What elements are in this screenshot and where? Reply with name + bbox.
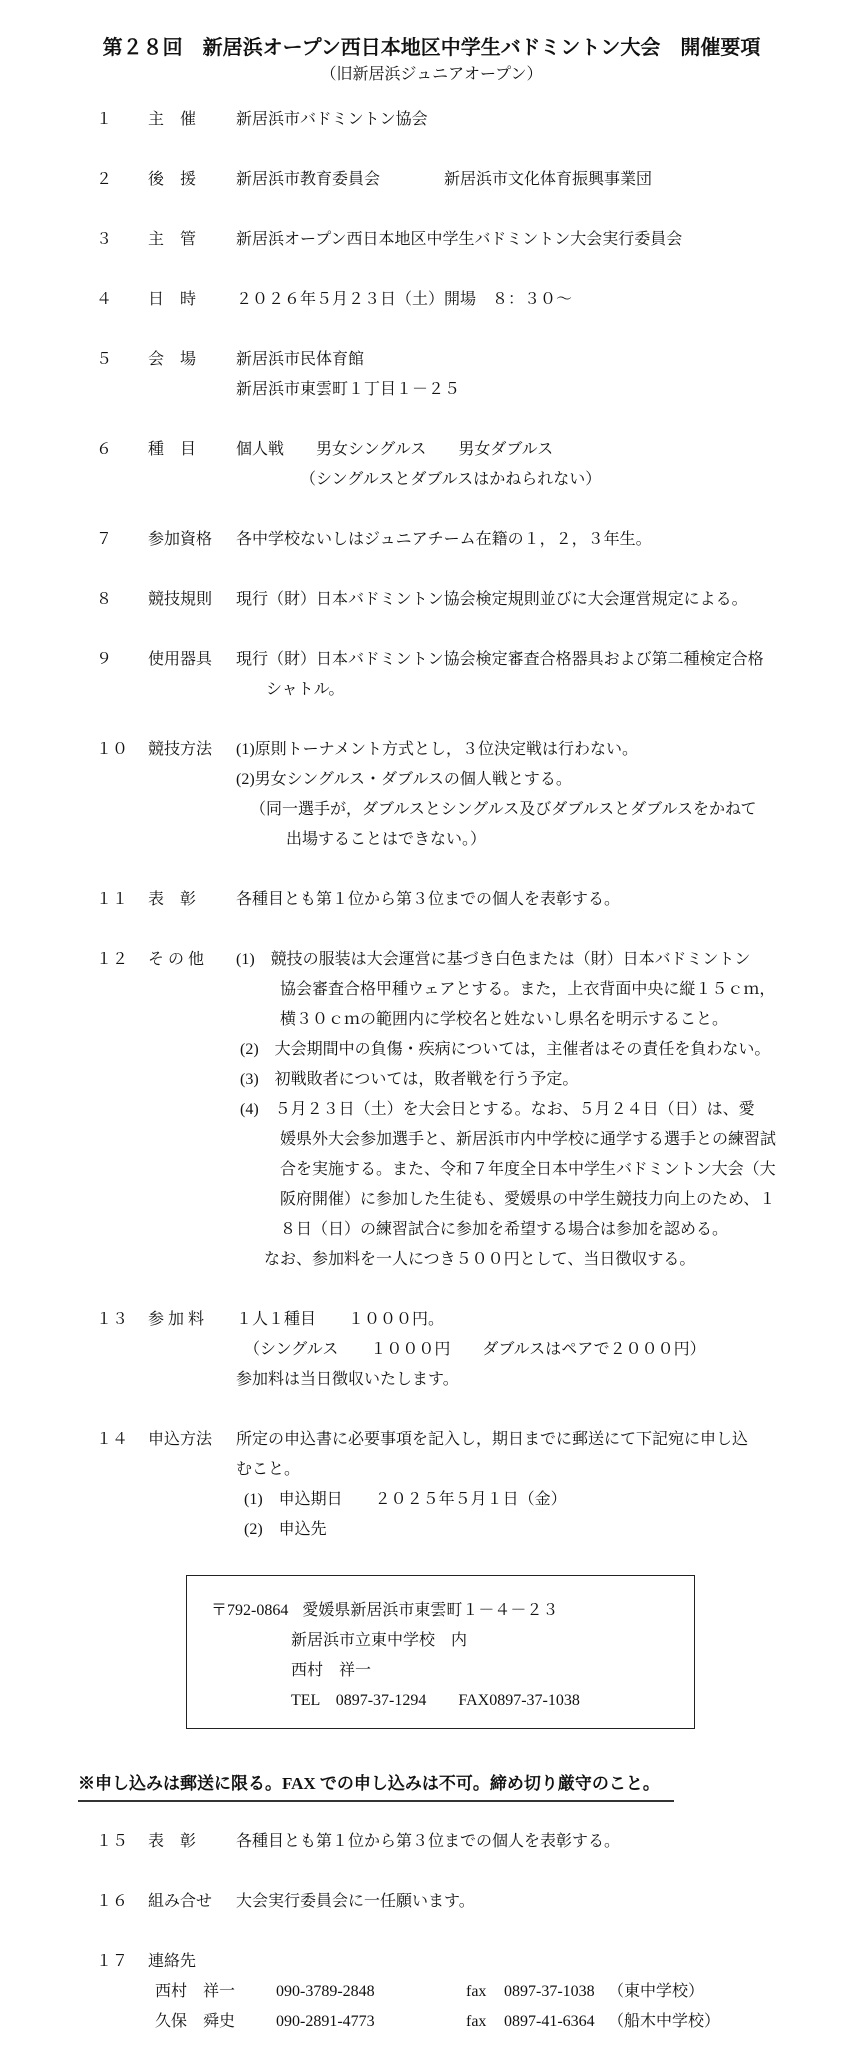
item-head-line: ２後 援新居浜市教育委員会 新居浜市文化体育振興事業団 bbox=[96, 165, 863, 195]
item-content-line: 個人戦 男女シングルス 男女ダブルス bbox=[236, 435, 553, 465]
contact-row: 久保 舜史090-2891-4773fax0897-41-6364（船木中学校） bbox=[155, 2007, 863, 2037]
item-number: １４ bbox=[96, 1425, 148, 1455]
item-content-line: 各種目とも第１位から第３位までの個人を表彰する。 bbox=[236, 1827, 620, 1857]
document-body: １主 催新居浜市バドミントン協会２後 援新居浜市教育委員会 新居浜市文化体育振興… bbox=[96, 105, 863, 2037]
item-label: 表 彰 bbox=[148, 1827, 236, 1857]
item-number: ４ bbox=[96, 285, 148, 315]
item-label: 日 時 bbox=[148, 285, 236, 315]
item-content-line: （シングルス １０００円 ダブルスはペアで２０００円） bbox=[96, 1335, 863, 1365]
item-content-line: 各種目とも第１位から第３位までの個人を表彰する。 bbox=[236, 885, 620, 915]
box-address-row: 〒792-0864愛媛県新居浜市東雲町１－４－２３ bbox=[187, 1596, 694, 1626]
item-content-line: 新居浜市東雲町１丁目１－２５ bbox=[96, 375, 863, 405]
item-number: ６ bbox=[96, 435, 148, 465]
item-content-line: (1)原則トーナメント方式とし，３位決定戦は行わない。 bbox=[236, 735, 638, 765]
box-tel-fax-line: TEL 0897-37-1294 FAX0897-37-1038 bbox=[187, 1686, 694, 1716]
doc-item: ２後 援新居浜市教育委員会 新居浜市文化体育振興事業団 bbox=[96, 165, 863, 195]
page-title: 第２８回 新居浜オープン西日本地区中学生バドミントン大会 開催要項 bbox=[0, 34, 863, 62]
doc-item: １２そ の 他(1) 競技の服装は大会運営に基づき白色または（財）日本バドミント… bbox=[96, 945, 863, 1275]
doc-item: １０競技方法(1)原則トーナメント方式とし，３位決定戦は行わない。(2)男女シン… bbox=[96, 735, 863, 855]
doc-item: ５会 場新居浜市民体育館新居浜市東雲町１丁目１－２５ bbox=[96, 345, 863, 405]
items-section-1-14: １主 催新居浜市バドミントン協会２後 援新居浜市教育委員会 新居浜市文化体育振興… bbox=[96, 105, 863, 1545]
item-number: １０ bbox=[96, 735, 148, 765]
page-subtitle: （旧新居浜ジュニアオープン） bbox=[0, 62, 863, 88]
item-content-line: 大会実行委員会に一任願います。 bbox=[236, 1887, 475, 1917]
item-head-line: ４日 時２０２６年５月２３日（土）開場 ８：３０～ bbox=[96, 285, 863, 315]
item-content-line: (3) 初戦敗者については，敗者戦を行う予定。 bbox=[96, 1065, 863, 1095]
item-content-line: 現行（財）日本バドミントン協会検定規則並びに大会運営規定による。 bbox=[236, 585, 748, 615]
item-number: ３ bbox=[96, 225, 148, 255]
item-head-line: ３主 管新居浜オープン西日本地区中学生バドミントン大会実行委員会 bbox=[96, 225, 863, 255]
item-label: 競技規則 bbox=[148, 585, 236, 615]
item-head-line: ８競技規則現行（財）日本バドミントン協会検定規則並びに大会運営規定による。 bbox=[96, 585, 863, 615]
doc-item: １１表 彰各種目とも第１位から第３位までの個人を表彰する。 bbox=[96, 885, 863, 915]
item-head-line: １６組み合せ大会実行委員会に一任願います。 bbox=[96, 1887, 863, 1917]
item-content-line: むこと。 bbox=[96, 1455, 863, 1485]
doc-item: ８競技規則現行（財）日本バドミントン協会検定規則並びに大会運営規定による。 bbox=[96, 585, 863, 615]
box-address-line: 愛媛県新居浜市東雲町１－４－２３ bbox=[302, 1602, 558, 1619]
contact-school: （東中学校） bbox=[608, 1977, 704, 2007]
item-label: 使用器具 bbox=[148, 645, 236, 675]
item-number: １２ bbox=[96, 945, 148, 975]
item-head-line: ７参加資格各中学校ないしはジュニアチーム在籍の１，２，３年生。 bbox=[96, 525, 863, 555]
mail-only-notice: ※申し込みは郵送に限る。FAX での申し込みは不可。締め切り厳守のこと。 bbox=[78, 1769, 863, 1802]
item-label: 主 催 bbox=[148, 105, 236, 135]
items-section-15-17: １５表 彰各種目とも第１位から第３位までの個人を表彰する。１６組み合せ大会実行委… bbox=[96, 1827, 863, 1977]
item-number: １７ bbox=[96, 1947, 148, 1977]
item-content-line: ８日（日）の練習試合に参加を希望する場合は参加を認める。 bbox=[96, 1215, 863, 1245]
item-content-line: １人１種目 １０００円。 bbox=[236, 1305, 444, 1335]
item-content-line: (2)男女シングルス・ダブルスの個人戦とする。 bbox=[96, 765, 863, 795]
item-content-line: 媛県外大会参加選手と、新居浜市内中学校に通学する選手との練習試 bbox=[96, 1125, 863, 1155]
item-content-line: 新居浜市民体育館 bbox=[236, 345, 364, 375]
item-number: ８ bbox=[96, 585, 148, 615]
contact-fax-number: 0897-41-6364 bbox=[504, 2007, 608, 2037]
application-address-box: 〒792-0864愛媛県新居浜市東雲町１－４－２３ 新居浜市立東中学校 内 西村… bbox=[186, 1575, 695, 1729]
item-head-line: １３参 加 料１人１種目 １０００円。 bbox=[96, 1305, 863, 1335]
contact-fax-label: fax bbox=[466, 2007, 504, 2037]
item-head-line: １７連絡先 bbox=[96, 1947, 863, 1977]
doc-item: １７連絡先 bbox=[96, 1947, 863, 1977]
item-head-line: １５表 彰各種目とも第１位から第３位までの個人を表彰する。 bbox=[96, 1827, 863, 1857]
contact-phone: 090-2891-4773 bbox=[276, 2007, 466, 2037]
contact-name: 久保 舜史 bbox=[155, 2007, 276, 2037]
item-head-line: １主 催新居浜市バドミントン協会 bbox=[96, 105, 863, 135]
document-page: 第２８回 新居浜オープン西日本地区中学生バドミントン大会 開催要項 （旧新居浜ジ… bbox=[0, 0, 863, 2054]
item-number: １３ bbox=[96, 1305, 148, 1335]
item-content-line: 阪府開催）に参加した生徒も、愛媛県の中学生競技力向上のため、１ bbox=[96, 1185, 863, 1215]
doc-item: １５表 彰各種目とも第１位から第３位までの個人を表彰する。 bbox=[96, 1827, 863, 1857]
item-content-line: 各中学校ないしはジュニアチーム在籍の１，２，３年生。 bbox=[236, 525, 652, 555]
box-address-line: 新居浜市立東中学校 内 bbox=[187, 1626, 694, 1656]
item-head-line: １４申込方法所定の申込書に必要事項を記入し，期日までに郵送にて下記宛に申し込 bbox=[96, 1425, 863, 1455]
item-number: １１ bbox=[96, 885, 148, 915]
item-content-line: 新居浜市教育委員会 新居浜市文化体育振興事業団 bbox=[236, 165, 652, 195]
item-content-line: (2) 大会期間中の負傷・疾病については，主催者はその責任を負わない。 bbox=[96, 1035, 863, 1065]
item-label: 会 場 bbox=[148, 345, 236, 375]
item-head-line: ５会 場新居浜市民体育館 bbox=[96, 345, 863, 375]
item-head-line: ９使用器具現行（財）日本バドミントン協会検定審査合格器具および第二種検定合格 bbox=[96, 645, 863, 675]
item-label: 種 目 bbox=[148, 435, 236, 465]
item-content-line: (2) 申込先 bbox=[96, 1515, 863, 1545]
item-content-line: シャトル。 bbox=[96, 675, 863, 705]
contact-name: 西村 祥一 bbox=[155, 1977, 276, 2007]
contact-list: 西村 祥一090-3789-2848fax0897-37-1038（東中学校）久… bbox=[155, 1977, 863, 2037]
item-head-line: ６種 目個人戦 男女シングルス 男女ダブルス bbox=[96, 435, 863, 465]
doc-item: ９使用器具現行（財）日本バドミントン協会検定審査合格器具および第二種検定合格シャ… bbox=[96, 645, 863, 705]
item-content-line: (4) ５月２３日（土）を大会日とする。なお、５月２４日（日）は、愛 bbox=[96, 1095, 863, 1125]
contact-row: 西村 祥一090-3789-2848fax0897-37-1038（東中学校） bbox=[155, 1977, 863, 2007]
item-label: 表 彰 bbox=[148, 885, 236, 915]
item-label: 参 加 料 bbox=[148, 1305, 236, 1335]
document-header: 第２８回 新居浜オープン西日本地区中学生バドミントン大会 開催要項 （旧新居浜ジ… bbox=[0, 0, 863, 88]
doc-item: ４日 時２０２６年５月２３日（土）開場 ８：３０～ bbox=[96, 285, 863, 315]
item-label: 競技方法 bbox=[148, 735, 236, 765]
box-postal-code: 〒792-0864 bbox=[211, 1602, 302, 1619]
doc-item: １４申込方法所定の申込書に必要事項を記入し，期日までに郵送にて下記宛に申し込むこ… bbox=[96, 1425, 863, 1545]
item-label: 参加資格 bbox=[148, 525, 236, 555]
item-content-line: 出場することはできない。） bbox=[96, 825, 863, 855]
item-number: ９ bbox=[96, 645, 148, 675]
item-label: 連絡先 bbox=[148, 1947, 236, 1977]
item-number: ５ bbox=[96, 345, 148, 375]
item-label: そ の 他 bbox=[148, 945, 236, 975]
contact-phone: 090-3789-2848 bbox=[276, 1977, 466, 2007]
contact-fax-number: 0897-37-1038 bbox=[504, 1977, 608, 2007]
doc-item: １６組み合せ大会実行委員会に一任願います。 bbox=[96, 1887, 863, 1917]
item-number: １ bbox=[96, 105, 148, 135]
item-head-line: １２そ の 他(1) 競技の服装は大会運営に基づき白色または（財）日本バドミント… bbox=[96, 945, 863, 975]
mail-only-notice-text: ※申し込みは郵送に限る。FAX での申し込みは不可。締め切り厳守のこと。 bbox=[78, 1769, 674, 1802]
item-content-line: 新居浜オープン西日本地区中学生バドミントン大会実行委員会 bbox=[236, 225, 682, 255]
contact-fax-label: fax bbox=[466, 1977, 504, 2007]
item-content-line: (1) 競技の服装は大会運営に基づき白色または（財）日本バドミントン bbox=[236, 945, 750, 975]
doc-item: １３参 加 料１人１種目 １０００円。（シングルス １０００円 ダブルスはペアで… bbox=[96, 1305, 863, 1395]
item-label: 申込方法 bbox=[148, 1425, 236, 1455]
item-label: 主 管 bbox=[148, 225, 236, 255]
item-label: 組み合せ bbox=[148, 1887, 236, 1917]
contact-school: （船木中学校） bbox=[608, 2007, 720, 2037]
item-content-line: （シングルスとダブルスはかねられない） bbox=[96, 465, 863, 495]
item-content-line: なお、参加料を一人につき５００円として、当日徴収する。 bbox=[96, 1245, 863, 1275]
item-number: １５ bbox=[96, 1827, 148, 1857]
box-contact-name: 西村 祥一 bbox=[187, 1656, 694, 1686]
item-head-line: １１表 彰各種目とも第１位から第３位までの個人を表彰する。 bbox=[96, 885, 863, 915]
doc-item: ７参加資格各中学校ないしはジュニアチーム在籍の１，２，３年生。 bbox=[96, 525, 863, 555]
item-content-line: 参加料は当日徴収いたします。 bbox=[96, 1365, 863, 1395]
item-content-line: 横３０ｃｍの範囲内に学校名と姓ないし県名を明示すること。 bbox=[96, 1005, 863, 1035]
item-label: 後 援 bbox=[148, 165, 236, 195]
item-number: ７ bbox=[96, 525, 148, 555]
item-content-line: 所定の申込書に必要事項を記入し，期日までに郵送にて下記宛に申し込 bbox=[236, 1425, 748, 1455]
doc-item: １主 催新居浜市バドミントン協会 bbox=[96, 105, 863, 135]
doc-item: ６種 目個人戦 男女シングルス 男女ダブルス（シングルスとダブルスはかねられない… bbox=[96, 435, 863, 495]
doc-item: ３主 管新居浜オープン西日本地区中学生バドミントン大会実行委員会 bbox=[96, 225, 863, 255]
item-number: １６ bbox=[96, 1887, 148, 1917]
item-content-line: (1) 申込期日 ２０２５年５月１日（金） bbox=[96, 1485, 863, 1515]
item-number: ２ bbox=[96, 165, 148, 195]
item-content-line: 合を実施する。また、令和７年度全日本中学生バドミントン大会（大 bbox=[96, 1155, 863, 1185]
item-content-line: 新居浜市バドミントン協会 bbox=[236, 105, 428, 135]
item-head-line: １０競技方法(1)原則トーナメント方式とし，３位決定戦は行わない。 bbox=[96, 735, 863, 765]
item-content-line: ２０２６年５月２３日（土）開場 ８：３０～ bbox=[236, 285, 572, 315]
item-content-line: （同一選手が，ダブルスとシングルス及びダブルスとダブルスをかねて bbox=[96, 795, 863, 825]
item-content-line: 協会審査合格甲種ウェアとする。また，上衣背面中央に縦１５ｃｍ， bbox=[96, 975, 863, 1005]
item-content-line: 現行（財）日本バドミントン協会検定審査合格器具および第二種検定合格 bbox=[236, 645, 764, 675]
